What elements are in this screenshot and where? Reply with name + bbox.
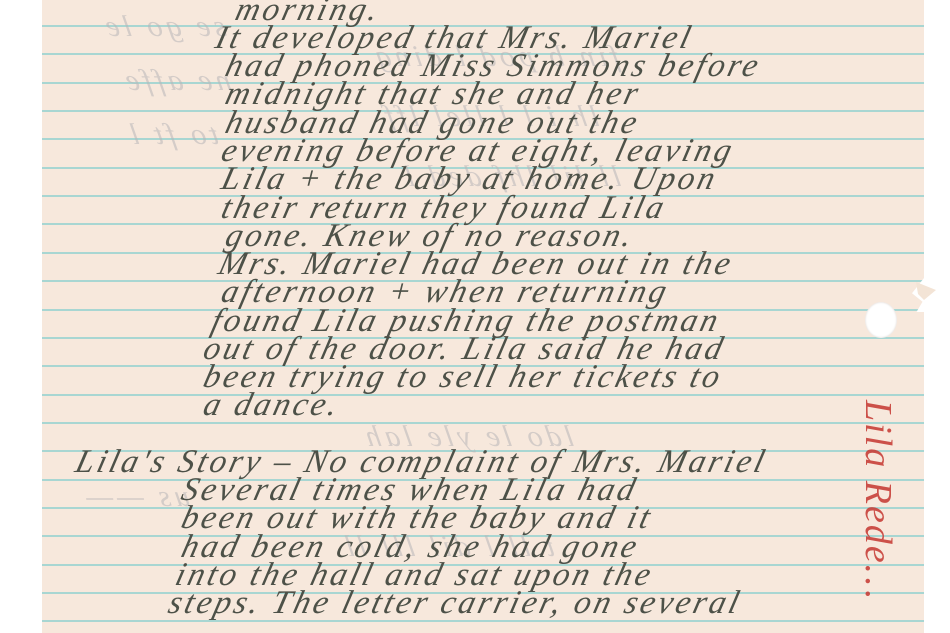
- handwritten-line: a dance.: [200, 389, 344, 422]
- bleed-through-mark: to ft l: [124, 118, 221, 152]
- notebook-page: se go le ne affe to ft l fin b pod l din…: [42, 0, 924, 633]
- bleed-through-mark: se go le: [99, 10, 229, 44]
- punched-hole: [865, 302, 897, 338]
- red-vertical-annotation: Lila Rede…: [856, 400, 900, 600]
- bleed-through-mark: us ——: [79, 480, 193, 514]
- handwritten-line: steps. The letter carrier, on several: [165, 587, 745, 620]
- bleed-through-mark: ne affe: [119, 64, 234, 98]
